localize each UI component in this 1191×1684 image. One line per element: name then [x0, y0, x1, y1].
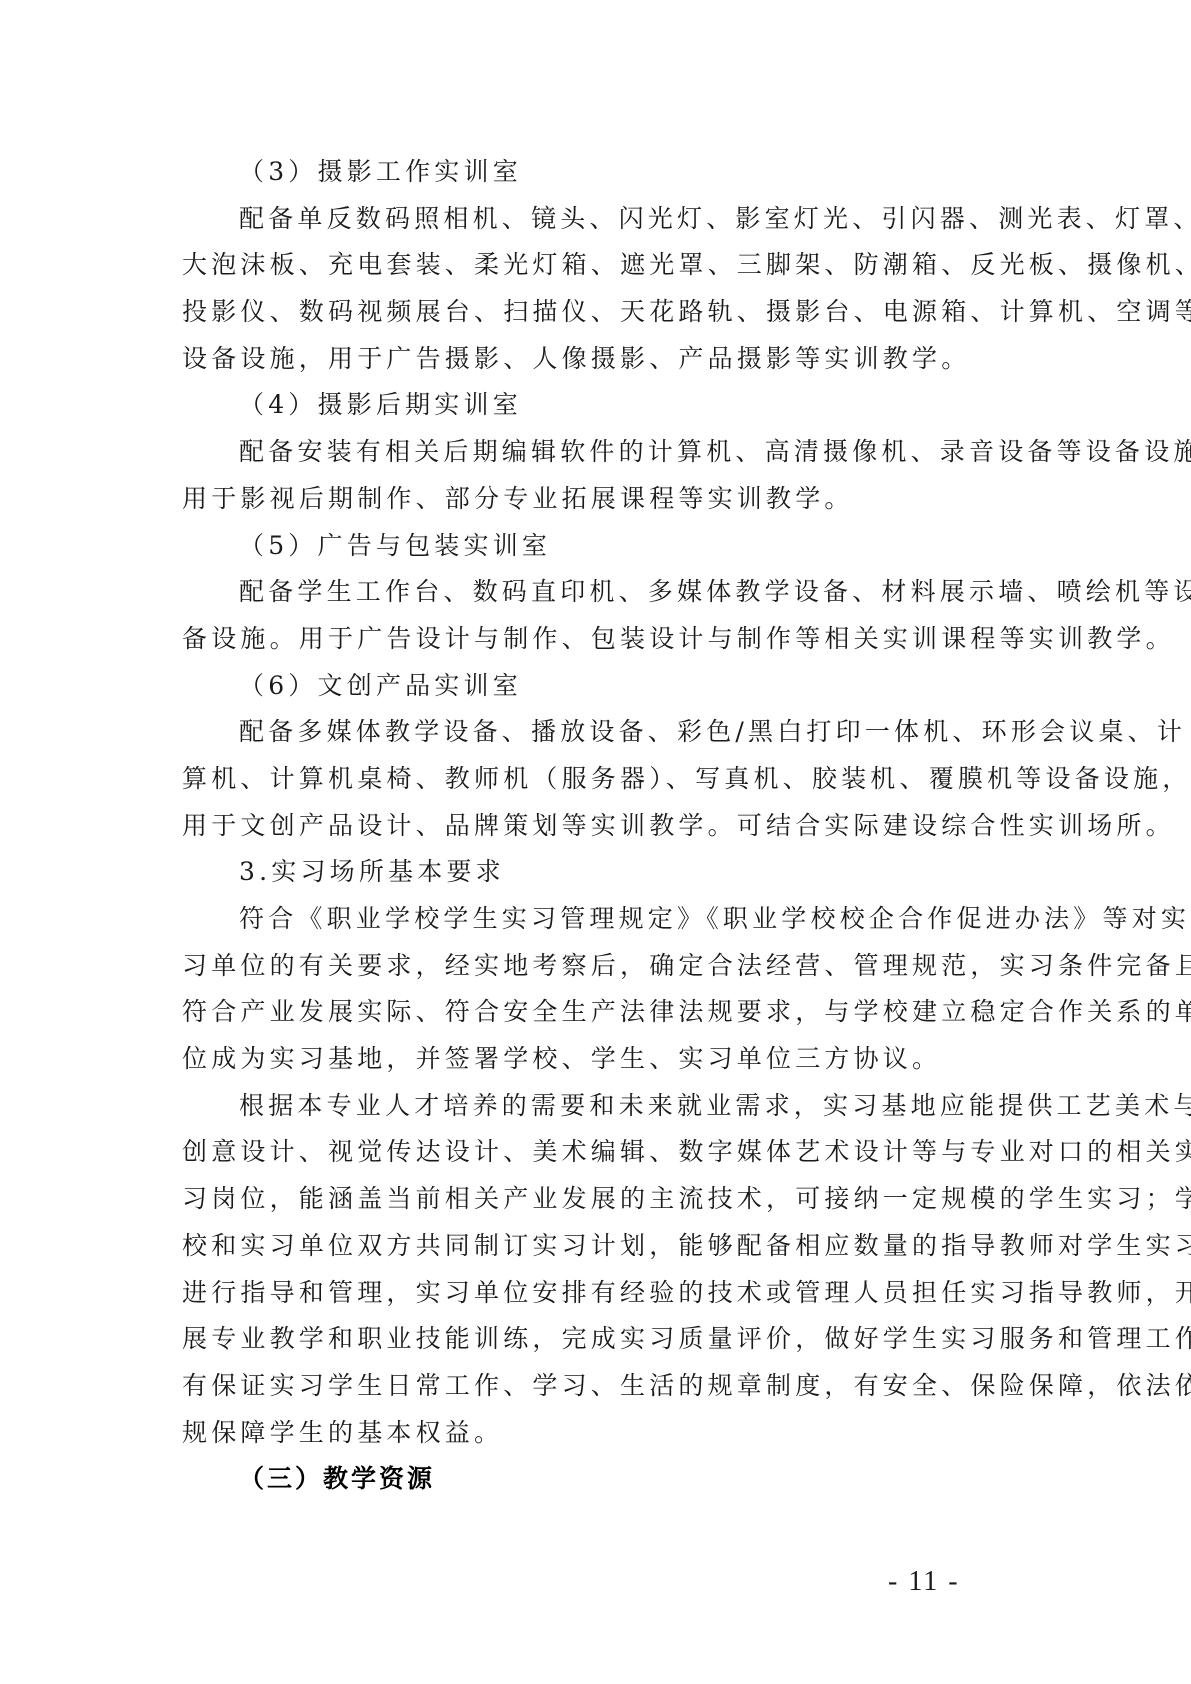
subheading-post-production-studio: （4）摄影后期实训室: [182, 382, 1008, 429]
subheading-cultural-products-studio: （6）文创产品实训室: [182, 663, 1008, 710]
paragraph-line: 配备单反数码照相机、镜头、闪光灯、影室灯光、引闪器、测光表、灯罩、: [182, 196, 1008, 243]
paragraph-line: 习岗位，能涵盖当前相关产业发展的主流技术，可接纳一定规模的学生实习；学: [182, 1176, 1008, 1223]
paragraph-line: 投影仪、数码视频展台、扫描仪、天花路轨、摄影台、电源箱、计算机、空调等: [182, 289, 1008, 336]
subheading-internship-requirements: 3.实习场所基本要求: [182, 849, 1008, 896]
paragraph-line: 根据本专业人才培养的需要和未来就业需求，实习基地应能提供工艺美术与: [182, 1083, 1008, 1130]
paragraph-line: 进行指导和管理，实习单位安排有经验的技术或管理人员担任实习指导教师，开: [182, 1270, 1008, 1317]
subheading-photography-studio: （3）摄影工作实训室: [182, 149, 1008, 196]
paragraph-line: 用于影视后期制作、部分专业拓展课程等实训教学。: [182, 476, 1008, 523]
paragraph-line: 大泡沫板、充电套装、柔光灯箱、遮光罩、三脚架、防潮箱、反光板、摄像机、: [182, 242, 1008, 289]
paragraph-line: 备设施。用于广告设计与制作、包装设计与制作等相关实训课程等实训教学。: [182, 616, 1008, 663]
paragraph-line: 习单位的有关要求，经实地考察后，确定合法经营、管理规范，实习条件完备且: [182, 943, 1008, 990]
paragraph-line: 符合产业发展实际、符合安全生产法律法规要求，与学校建立稳定合作关系的单: [182, 989, 1008, 1036]
paragraph-line: 符合《职业学校学生实习管理规定》《职业学校校企合作促进办法》等对实: [182, 896, 1008, 943]
section-heading-teaching-resources: （三）教学资源: [182, 1456, 1008, 1503]
paragraph-line: 设备设施，用于广告摄影、人像摄影、产品摄影等实训教学。: [182, 336, 1008, 383]
page-number: - 11 -: [888, 1566, 960, 1598]
paragraph-line: 有保证实习学生日常工作、学习、生活的规章制度，有安全、保险保障，依法依: [182, 1363, 1008, 1410]
paragraph-line: 配备多媒体教学设备、播放设备、彩色/黑白打印一体机、环形会议桌、计: [182, 709, 1008, 756]
paragraph-line: 算机、计算机桌椅、教师机（服务器）、写真机、胶装机、覆膜机等设备设施，: [182, 756, 1008, 803]
paragraph-line: 校和实习单位双方共同制订实习计划，能够配备相应数量的指导教师对学生实习: [182, 1223, 1008, 1270]
paragraph-line: 用于文创产品设计、品牌策划等实训教学。可结合实际建设综合性实训场所。: [182, 803, 1008, 850]
page-content: （3）摄影工作实训室 配备单反数码照相机、镜头、闪光灯、影室灯光、引闪器、测光表…: [182, 149, 1008, 1503]
paragraph-line: 配备学生工作台、数码直印机、多媒体教学设备、材料展示墙、喷绘机等设: [182, 569, 1008, 616]
paragraph-line: 展专业教学和职业技能训练，完成实习质量评价，做好学生实习服务和管理工作，: [182, 1316, 1008, 1363]
paragraph-line: 规保障学生的基本权益。: [182, 1410, 1008, 1457]
paragraph-line: 配备安装有相关后期编辑软件的计算机、高清摄像机、录音设备等设备设施，: [182, 429, 1008, 476]
paragraph-line: 创意设计、视觉传达设计、美术编辑、数字媒体艺术设计等与专业对口的相关实: [182, 1129, 1008, 1176]
paragraph-line: 位成为实习基地，并签署学校、学生、实习单位三方协议。: [182, 1036, 1008, 1083]
document-page: （3）摄影工作实训室 配备单反数码照相机、镜头、闪光灯、影室灯光、引闪器、测光表…: [0, 0, 1191, 1684]
subheading-advertising-packaging-studio: （5）广告与包装实训室: [182, 523, 1008, 570]
